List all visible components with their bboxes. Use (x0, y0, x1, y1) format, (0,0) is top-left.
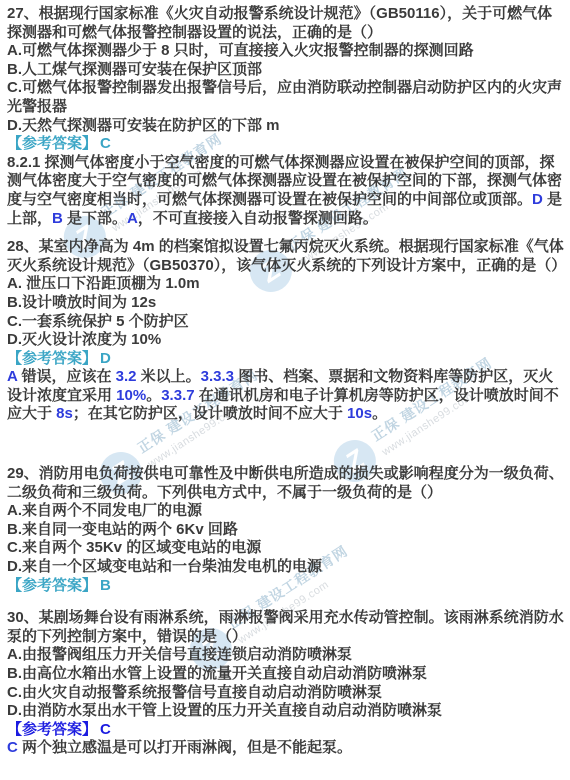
option-a: A.来自两个不同发电厂的电源 (7, 502, 564, 521)
answer-value: C (100, 135, 111, 152)
option-c: C.一套系统保护 5 个防护区 (7, 313, 564, 332)
text-segment: 8.2.1 探测气体密度小于空气密度的可燃气体探测器应设置在被保护空间的顶部，探… (7, 154, 562, 208)
answer-label: 【参考答案】 (7, 135, 97, 152)
question-block-30: 30、某剧场舞台设有雨淋系统，雨淋报警阀采用充水传动管控制。该雨淋系统消防水泵的… (7, 609, 564, 758)
option-a: A. 泄压口下沿距顶棚为 1.0m (7, 275, 564, 294)
text-segment: 10s (347, 405, 372, 422)
option-d: D.天然气探测器可安装在防护区的下部 m (7, 117, 564, 136)
question-stem: 30、某剧场舞台设有雨淋系统，雨淋报警阀采用充水传动管控制。该雨淋系统消防水泵的… (7, 609, 564, 646)
text-segment: A (127, 210, 138, 227)
text-segment: C (7, 739, 18, 756)
option-c: C.由火灾自动报警系统报警信号直接自动启动消防喷淋泵 (7, 684, 564, 703)
answer-value: C (100, 721, 111, 738)
option-a: A.可燃气体探测器少于 8 只时，可直接接入火灾报警控制器的探测回路 (7, 42, 564, 61)
question-stem: 27、根据现行国家标准《火灾自动报警系统设计规范》（GB50116），关于可燃气… (7, 5, 564, 42)
text-segment: A (7, 368, 17, 385)
text-segment: ；在其它防护区，设计喷放时间不应大于 (73, 405, 347, 422)
answer-explanation: A 错误，应该在 3.2 米以上。3.3.3 图书、档案、票据和文物资料库等防护… (7, 368, 564, 424)
option-d: D.来自一个区域变电站和一台柴油发电机的电源 (7, 558, 564, 577)
option-d: D.由消防水泵出水干管上设置的压力开关直接自动启动消防喷淋泵 (7, 702, 564, 721)
reference-answer: 【参考答案】D (7, 350, 564, 369)
reference-answer: 【参考答案】C (7, 135, 564, 154)
text-segment: 10% (116, 387, 146, 404)
question-stem: 28、某室内净高为 4m 的档案馆拟设置七氟丙烷灭火系统。根据现行国家标准《气体… (7, 238, 564, 275)
reference-answer: 【参考答案】B (7, 577, 564, 596)
text-segment: 8s (56, 405, 73, 422)
answer-explanation: C 两个独立感温是可以打开雨淋阀，但是不能起泵。 (7, 739, 564, 758)
answer-explanation: 8.2.1 探测气体密度小于空气密度的可燃气体探测器应设置在被保护空间的顶部，探… (7, 154, 564, 228)
option-b: B.由高位水箱出水管上设置的流量开关直接自动启动消防喷淋泵 (7, 665, 564, 684)
option-c: C.来自两个 35Kv 的区域变电站的电源 (7, 539, 564, 558)
text-segment: 两个独立感温是可以打开雨淋阀，但是不能起泵。 (18, 739, 352, 756)
answer-value: B (100, 577, 111, 594)
question-stem: 29、消防用电负荷按供电可靠性及中断供电所造成的损失或影响程度分为一级负荷、二级… (7, 465, 564, 502)
text-segment: 米以上。 (136, 368, 200, 385)
question-block-29: 29、消防用电负荷按供电可靠性及中断供电所造成的损失或影响程度分为一级负荷、二级… (7, 465, 564, 595)
answer-value: D (100, 350, 111, 367)
answer-label: 【参考答案】 (7, 577, 97, 594)
answer-label: 【参考答案】 (7, 721, 97, 738)
text-segment: 。 (372, 405, 387, 422)
reference-answer: 【参考答案】C (7, 721, 564, 740)
text-segment: 是下部。 (63, 210, 127, 227)
option-b: B.设计喷放时间为 12s (7, 294, 564, 313)
question-block-28: 28、某室内净高为 4m 的档案馆拟设置七氟丙烷灭火系统。根据现行国家标准《气体… (7, 238, 564, 424)
text-segment: 3.2 (116, 368, 137, 385)
question-block-27: 27、根据现行国家标准《火灾自动报警系统设计规范》（GB50116），关于可燃气… (7, 5, 564, 228)
option-b: B.人工煤气探测器可安装在保护区顶部 (7, 61, 564, 80)
text-segment: B (52, 210, 63, 227)
text-segment: 。 (146, 387, 161, 404)
option-a: A.由报警阀组压力开关信号直接连锁启动消防喷淋泵 (7, 646, 564, 665)
text-segment: 3.3.3 (201, 368, 234, 385)
option-b: B.来自同一变电站的两个 6Kv 回路 (7, 521, 564, 540)
text-segment: ，不可直接接入自动报警探测回路。 (138, 210, 378, 227)
exam-document: 27、根据现行国家标准《火灾自动报警系统设计规范》（GB50116），关于可燃气… (0, 0, 570, 758)
text-segment: 3.3.7 (161, 387, 194, 404)
text-segment: 错误，应该在 (17, 368, 115, 385)
answer-label: 【参考答案】 (7, 350, 97, 367)
text-segment: D (532, 191, 543, 208)
option-d: D.灭火设计浓度为 10% (7, 331, 564, 350)
option-c: C.可燃气体报警控制器发出报警信号后，应由消防联动控制器启动防护区内的火灾声光警… (7, 79, 564, 116)
